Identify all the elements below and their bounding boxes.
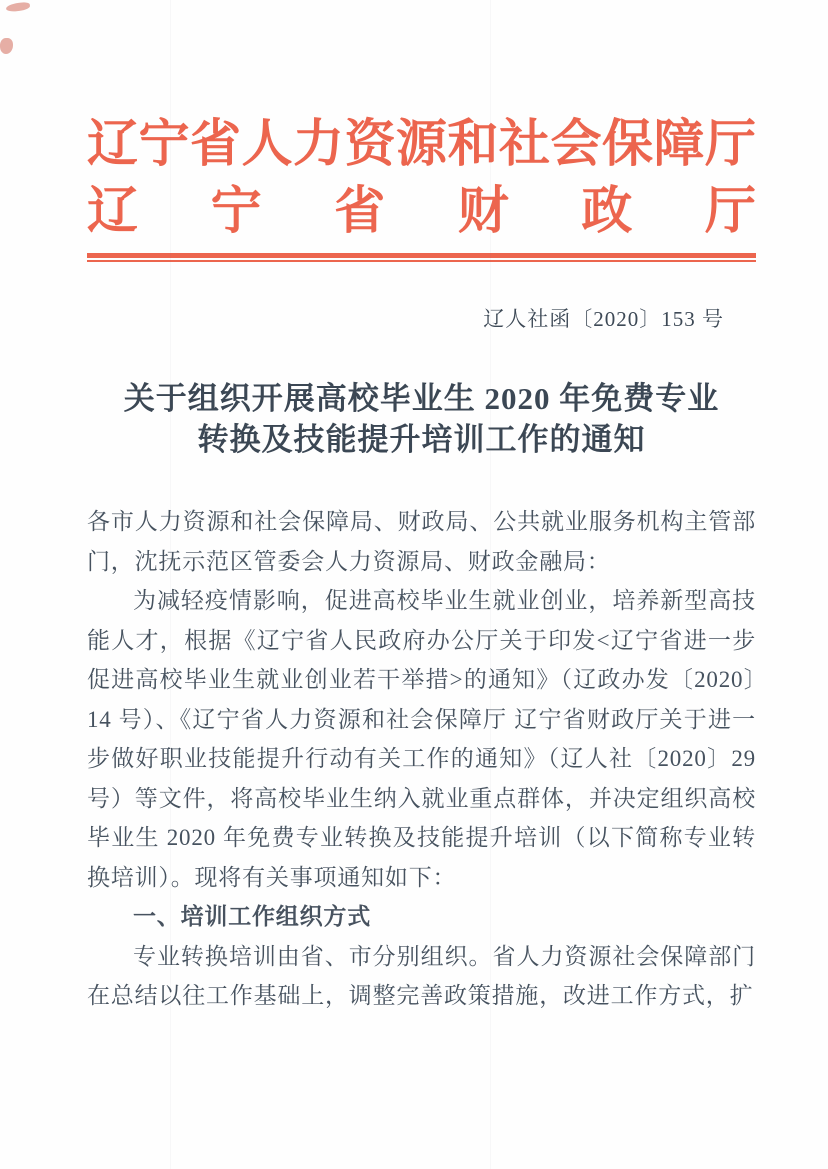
document-number: 辽人社函〔2020〕153 号 bbox=[0, 306, 828, 332]
scan-fold-line-center bbox=[490, 0, 491, 1169]
section-1-paragraph: 专业转换培训由省、市分别组织。省人力资源社会保障部门在总结以往工作基础上，调整完… bbox=[87, 937, 756, 1016]
scan-fold-line-left bbox=[170, 0, 171, 1169]
section-1-heading: 一、培训工作组织方式 bbox=[87, 897, 756, 937]
intro-paragraph: 为减轻疫情影响，促进高校毕业生就业创业，培养新型高技能人才，根据《辽宁省人民政府… bbox=[87, 581, 756, 897]
letterhead-divider-rule bbox=[87, 253, 756, 262]
document-title-line-2: 转换及技能提升培训工作的通知 bbox=[87, 419, 756, 460]
document-page: 辽宁省人力资源和社会保障厅 辽宁省财政厅 辽人社函〔2020〕153 号 关于组… bbox=[0, 0, 828, 1169]
document-title-line-1: 关于组织开展高校毕业生 2020 年免费专业 bbox=[87, 378, 756, 419]
document-title: 关于组织开展高校毕业生 2020 年免费专业 转换及技能提升培训工作的通知 bbox=[87, 378, 756, 460]
org-name-line-2: 辽宁省财政厅 bbox=[87, 179, 756, 246]
org-name-line-1: 辽宁省人力资源和社会保障厅 bbox=[87, 112, 756, 179]
letterhead: 辽宁省人力资源和社会保障厅 辽宁省财政厅 bbox=[0, 0, 828, 262]
recipient-salutation: 各市人力资源和社会保障局、财政局、公共就业服务机构主管部门，沈抚示范区管委会人力… bbox=[87, 502, 756, 581]
document-body: 各市人力资源和社会保障局、财政局、公共就业服务机构主管部门，沈抚示范区管委会人力… bbox=[87, 502, 756, 1016]
